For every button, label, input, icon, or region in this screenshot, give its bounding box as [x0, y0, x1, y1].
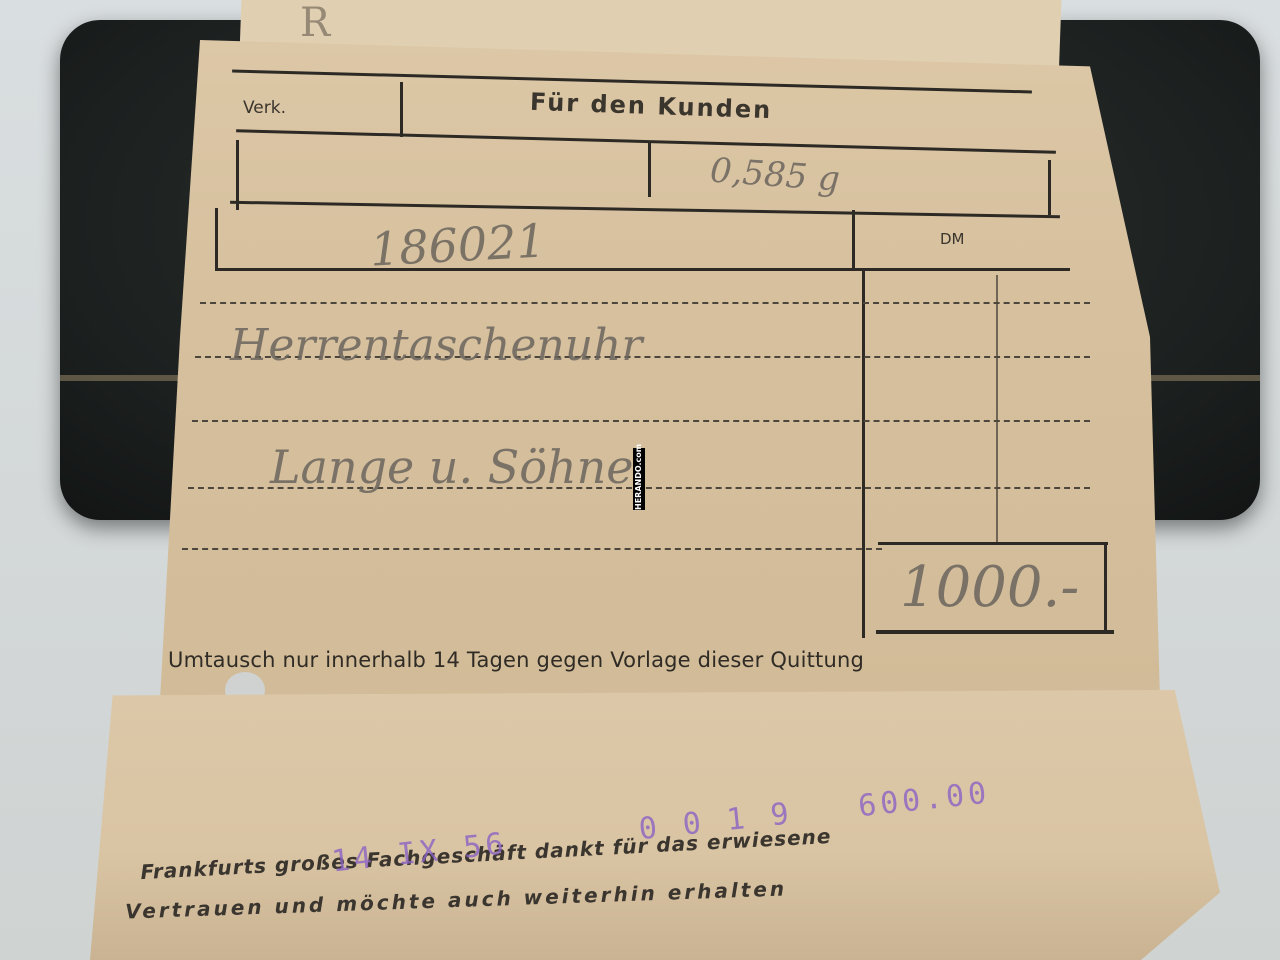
- form-line: [862, 268, 865, 638]
- handwritten-description-2: Lange u. Söhne: [270, 440, 633, 494]
- form-line: [648, 142, 651, 197]
- currency-label: DM: [940, 230, 965, 248]
- form-line: [852, 210, 855, 270]
- total-box-right: [1104, 545, 1107, 633]
- form-line: [215, 268, 1070, 271]
- seller-label: Verk.: [243, 98, 286, 118]
- watermark: HERANDO.com: [633, 448, 645, 510]
- dotted-line: [192, 420, 1090, 422]
- form-line: [400, 82, 403, 137]
- exchange-policy-note: Umtausch nur innerhalb 14 Tagen gegen Vo…: [168, 648, 864, 672]
- total-box-top: [878, 542, 1108, 545]
- handwritten-description-1: Herrentaschenuhr: [230, 320, 642, 371]
- dotted-line: [182, 548, 882, 550]
- handwritten-article-number: 186021: [369, 213, 547, 276]
- form-line: [236, 140, 239, 210]
- form-line: [215, 208, 218, 270]
- handwritten-total: 1000.-: [900, 555, 1079, 620]
- total-box-bottom: [876, 630, 1114, 634]
- form-line: [996, 275, 998, 545]
- form-line: [1048, 160, 1051, 215]
- dotted-line: [200, 302, 1090, 304]
